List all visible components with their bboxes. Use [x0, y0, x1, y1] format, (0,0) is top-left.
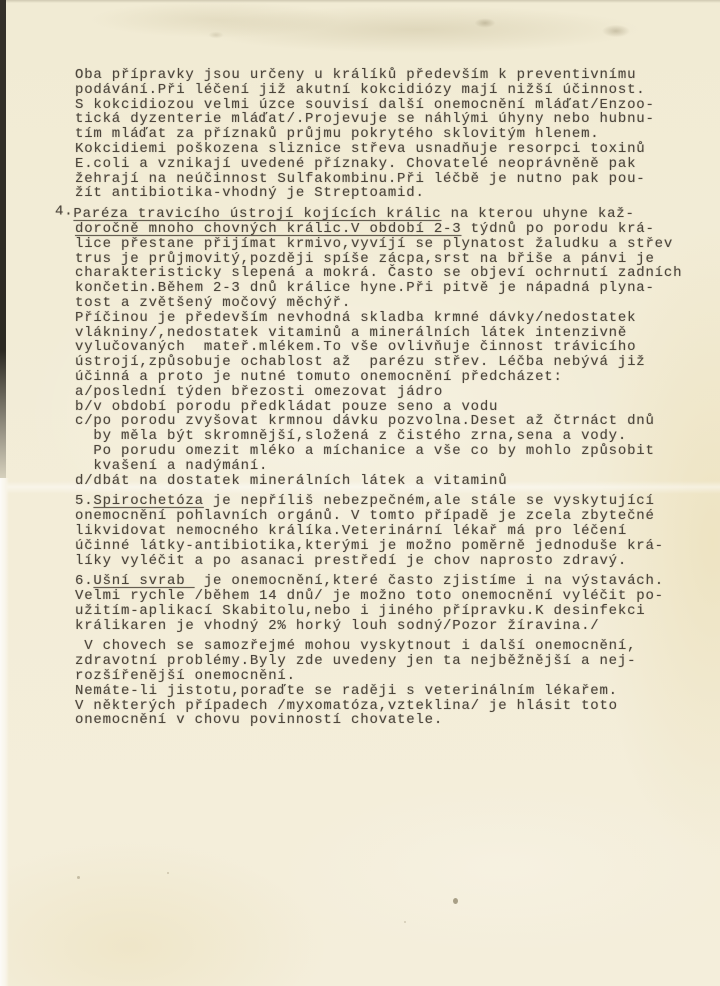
text-segment: tím mláďat za příznaků průjmu pokrytého … — [75, 126, 599, 142]
text-line: zdravotní problémy.Byly zde uvedeny jen … — [75, 654, 700, 669]
text-line: tická dyzenterie mláďat/.Projevuje se ná… — [75, 112, 700, 127]
text-line: a/poslední týden březosti omezovat jádro — [75, 385, 700, 400]
underlined-text: Paréza travicího ústrojí kojících králic — [73, 206, 441, 222]
text-line: králikaren je vhodný 2% horký louh sodný… — [75, 619, 700, 634]
text-line: končetin.Během 2-3 dnů králice hyne.Při … — [75, 281, 700, 296]
text-line: líky vyléčit a po asanaci prestředí je c… — [75, 554, 700, 569]
text-line: onemocnění v chovu povinností chovatele. — [75, 713, 700, 728]
text-segment: 6. — [75, 573, 93, 589]
paper-speck — [167, 872, 169, 874]
text-line: Kokcidiemi poškozena sliznice střeva usn… — [75, 142, 700, 157]
paper-speck — [77, 876, 80, 879]
text-line: lice přestane přijímat krmivo,vyvíjí se … — [75, 237, 700, 252]
text-segment: E.coli a vznikají uvedené příznaky. Chov… — [75, 156, 636, 172]
text-segment: vylučovaných mateř.mlékem.To vše ovlivňu… — [75, 339, 636, 355]
underlined-text: doročně mnoho chovných králic.V období 2… — [75, 221, 461, 237]
text-segment: žít antibiotika-vhodný je Streptoamid. — [75, 185, 425, 201]
text-segment: c/po porodu zvyšovat krmnou dávku pozvol… — [75, 413, 655, 429]
text-line: d/dbát na dostatek minerálních látek a v… — [75, 474, 700, 489]
text-line: žít antibiotika-vhodný je Streptoamid. — [75, 186, 700, 201]
intro-paragraph: Oba přípravky jsou určeny u králíků před… — [75, 68, 700, 201]
text-line: podávání.Při léčení již akutní kokcidióz… — [75, 83, 700, 98]
text-segment: by měla být skromnější,složená z čistého… — [75, 428, 627, 444]
text-line: 6.Ušní svrab je onemocnění,které často z… — [75, 574, 700, 589]
text-segment: Velmi rychle /během 14 dnů/ je možno tot… — [75, 588, 664, 604]
text-segment: 4. — [65, 205, 73, 220]
text-line: Velmi rychle /během 14 dnů/ je možno tot… — [75, 589, 700, 604]
text-line: Po porudu omezit mléko a míchanice a vše… — [75, 444, 700, 459]
text-line: tost a zvětšený močový měchýř. — [75, 296, 700, 311]
text-line: 5.Spirochetóza je nepříliš nebezpečném,a… — [75, 494, 700, 509]
paper-smudge — [205, 30, 227, 40]
text-segment: likvidovat nemocného králíka.Veterinární… — [75, 523, 627, 539]
text-segment: účinná a proto je nutné tomuto onemocněn… — [75, 369, 563, 385]
text-segment: je onemocnění,které často zjistíme i na … — [195, 573, 664, 589]
scan-left-paper-edge — [0, 478, 9, 986]
scanned-typewritten-page: Oba přípravky jsou určeny u králíků před… — [0, 0, 720, 986]
text-segment: Příčinou je především nevhodná skladba k… — [75, 310, 636, 326]
section-4-pareza: 4.Paréza travicího ústrojí kojících král… — [75, 207, 700, 488]
text-segment: na kterou uhyne kaž- — [441, 206, 634, 222]
text-line: charakteristicky slepená a mokrá. Často … — [75, 266, 700, 281]
text-line: doročně mnoho chovných králic.V období 2… — [75, 222, 700, 237]
scan-left-dark-edge — [0, 0, 6, 500]
text-segment: onemocnění pohlavních orgánů. V tomto př… — [75, 508, 655, 524]
text-line: E.coli a vznikají uvedené příznaky. Chov… — [75, 157, 700, 172]
text-segment: účinné látky-antibiotika,kterými je možn… — [75, 538, 664, 554]
text-segment: je nepříliš nebezpečném,ale stále se vys… — [204, 493, 655, 509]
scan-top-edge-shadow — [0, 0, 720, 3]
text-segment: ústrojí,způsobuje ochablost až parézu st… — [75, 354, 645, 370]
underlined-text: Ušní svrab — [93, 573, 194, 589]
text-segment: tost a zvětšený močový měchýř. — [75, 295, 351, 311]
text-line: rozšířenější onemocnění. — [75, 669, 700, 684]
text-segment: kvašení a nadýmání. — [75, 458, 268, 474]
paper-smudge — [596, 22, 636, 40]
text-segment: rozšířenější onemocnění. — [75, 668, 296, 684]
text-line: kvašení a nadýmání. — [75, 459, 700, 474]
text-line: Oba přípravky jsou určeny u králíků před… — [75, 68, 700, 83]
text-line: c/po porodu zvyšovat krmnou dávku pozvol… — [75, 414, 700, 429]
text-segment: charakteristicky slepená a mokrá. Často … — [75, 265, 682, 281]
text-segment: končetin.Během 2-3 dnů králice hyne.Při … — [75, 280, 655, 296]
closing-paragraph: V chovech se samozřejmé mohou vyskytnout… — [75, 639, 700, 728]
text-segment: a/poslední týden březosti omezovat jádro — [75, 384, 443, 400]
text-line: účinné látky-antibiotika,kterými je možn… — [75, 539, 700, 554]
document-text: Oba přípravky jsou určeny u králíků před… — [75, 68, 700, 734]
text-segment: lice přestane přijímat krmivo,vyvíjí se … — [75, 236, 673, 252]
text-segment: Oba přípravky jsou určeny u králíků před… — [75, 67, 636, 83]
text-segment: užitím-aplikací Skabitolu,nebo i jiného … — [75, 603, 645, 619]
underlined-text: Spirochetóza — [93, 493, 203, 509]
text-line: ústrojí,způsobuje ochablost až parézu st… — [75, 355, 700, 370]
text-line: vylučovaných mateř.mlékem.To vše ovlivňu… — [75, 340, 700, 355]
paper-speck — [453, 898, 458, 904]
text-line: tím mláďat za příznaků průjmu pokrytého … — [75, 127, 700, 142]
text-segment: d/dbát na dostatek minerálních látek a v… — [75, 473, 507, 489]
text-segment: Po porudu omezit mléko a míchanice a vše… — [75, 443, 655, 459]
text-segment: týdnů po porodu krá- — [461, 221, 654, 237]
text-line: účinná a proto je nutné tomuto onemocněn… — [75, 370, 700, 385]
section-6-usni-svrab: 6.Ušní svrab je onemocnění,které často z… — [75, 574, 700, 633]
text-segment: zdravotní problémy.Byly zde uvedeny jen … — [75, 653, 636, 669]
text-line: 4.Paréza travicího ústrojí kojících král… — [75, 207, 700, 222]
text-segment: 5. — [75, 493, 93, 509]
text-line: likvidovat nemocného králíka.Veterinární… — [75, 524, 700, 539]
text-segment: Kokcidiemi poškozena sliznice střeva usn… — [75, 141, 645, 157]
text-segment: líky vyléčit a po asanaci prestředí je c… — [75, 553, 627, 569]
text-line: Nemáte-li jistotu,poraďte se raději s ve… — [75, 684, 700, 699]
text-segment: Nemáte-li jistotu,poraďte se raději s ve… — [75, 683, 618, 699]
text-segment: podávání.Při léčení již akutní kokcidióz… — [75, 82, 645, 98]
section-5-spirochetoza: 5.Spirochetóza je nepříliš nebezpečném,a… — [75, 494, 700, 568]
text-segment: onemocnění v chovu povinností chovatele. — [75, 712, 443, 728]
text-line: Příčinou je především nevhodná skladba k… — [75, 311, 700, 326]
text-line: onemocnění pohlavních orgánů. V tomto př… — [75, 509, 700, 524]
text-segment: králikaren je vhodný 2% horký louh sodný… — [75, 618, 599, 634]
paper-speck — [404, 921, 406, 923]
text-segment: tická dyzenterie mláďat/.Projevuje se ná… — [75, 111, 655, 127]
paper-smudge — [470, 16, 500, 30]
text-line: užitím-aplikací Skabitolu,nebo i jiného … — [75, 604, 700, 619]
text-line: by měla být skromnější,složená z čistého… — [75, 429, 700, 444]
